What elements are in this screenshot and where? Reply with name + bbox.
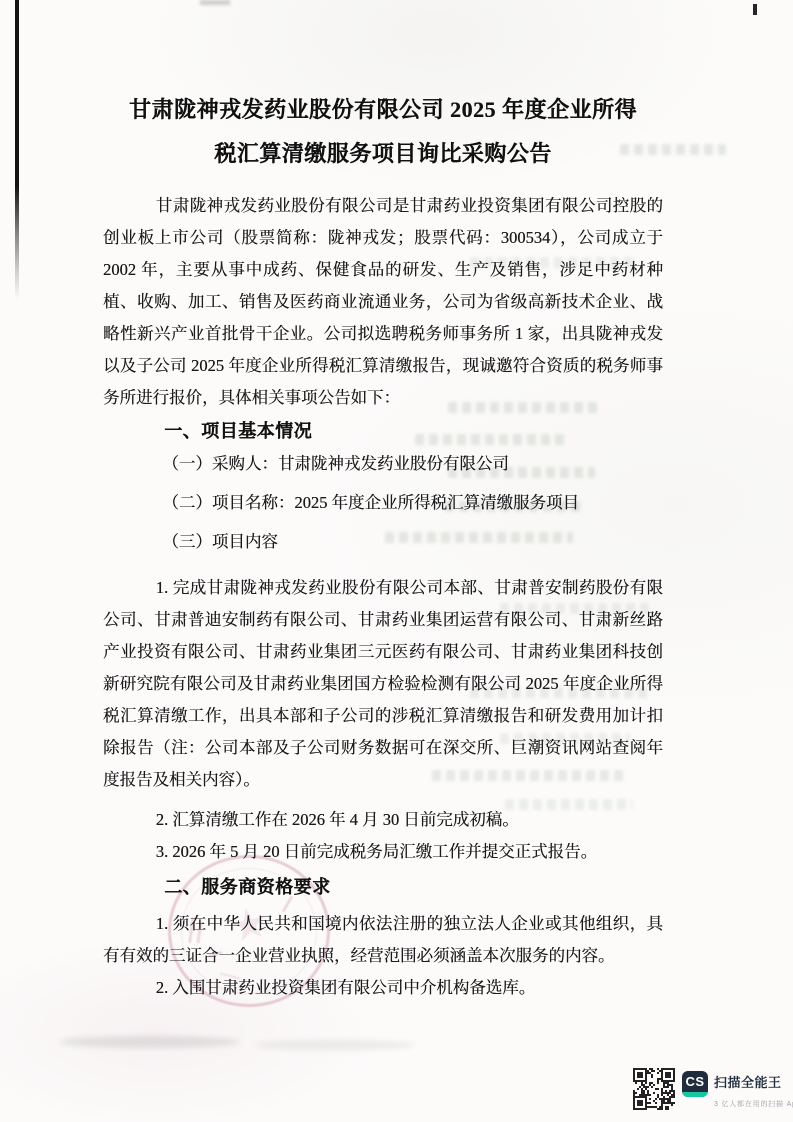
project-name-item: （二）项目名称：2025 年度企业所得税汇算清缴服务项目 xyxy=(103,487,663,519)
deadline-draft-paragraph: 2. 汇算清缴工作在 2026 年 4 月 30 日前完成初稿。 xyxy=(103,804,663,836)
section2-heading: 二、服务商资格要求 xyxy=(103,870,663,904)
qr-code xyxy=(633,1068,675,1110)
qualification-1-paragraph: 1. 须在中华人民共和国境内依法注册的独立法人企业或其他组织，具有有效的三证合一… xyxy=(103,908,663,972)
scan-smudge-artifact xyxy=(60,1036,240,1048)
intro-paragraph: 甘肃陇神戎发药业股份有限公司是甘肃药业投资集团有限公司控股的创业板上市公司（股票… xyxy=(103,190,663,414)
camscanner-logo-text: CS xyxy=(682,1071,708,1093)
project-content-item: （三）项目内容 xyxy=(103,526,663,558)
scanned-document-page: ★ 甘肃陇神戎发药业股份有限公司 2025 年度企业所得 税汇算清缴服务项目询比… xyxy=(0,0,793,1122)
purchaser-item: （一）采购人：甘肃陇神戎发药业股份有限公司 xyxy=(103,448,663,480)
camscanner-logo-icon: CS xyxy=(682,1071,708,1097)
scan-corner-mark-artifact xyxy=(753,4,757,15)
section1-heading: 一、项目基本情况 xyxy=(103,414,663,448)
scan-edge-line-artifact xyxy=(15,0,19,300)
scanner-app-name: 扫描全能王 xyxy=(714,1072,782,1091)
document-title: 甘肃陇神戎发药业股份有限公司 2025 年度企业所得 税汇算清缴服务项目询比采购… xyxy=(103,88,663,176)
scanner-app-tagline: 3 亿人都在用的扫描 App xyxy=(714,1099,793,1109)
deadline-final-paragraph: 3. 2026 年 5 月 20 日前完成税务局汇缴工作并提交正式报告。 xyxy=(103,836,663,868)
document-content: 甘肃陇神戎发药业股份有限公司 2025 年度企业所得 税汇算清缴服务项目询比采购… xyxy=(103,0,663,1004)
scan-smudge-artifact xyxy=(255,1040,415,1050)
project-scope-paragraph: 1. 完成甘肃陇神戎发药业股份有限公司本部、甘肃普安制药股份有限公司、甘肃普迪安… xyxy=(103,572,663,796)
title-line-2: 税汇算清缴服务项目询比采购公告 xyxy=(103,132,663,176)
qualification-2-paragraph: 2. 入围甘肃药业投资集团有限公司中介机构备选库。 xyxy=(103,972,663,1004)
title-line-1: 甘肃陇神戎发药业股份有限公司 2025 年度企业所得 xyxy=(103,88,663,132)
